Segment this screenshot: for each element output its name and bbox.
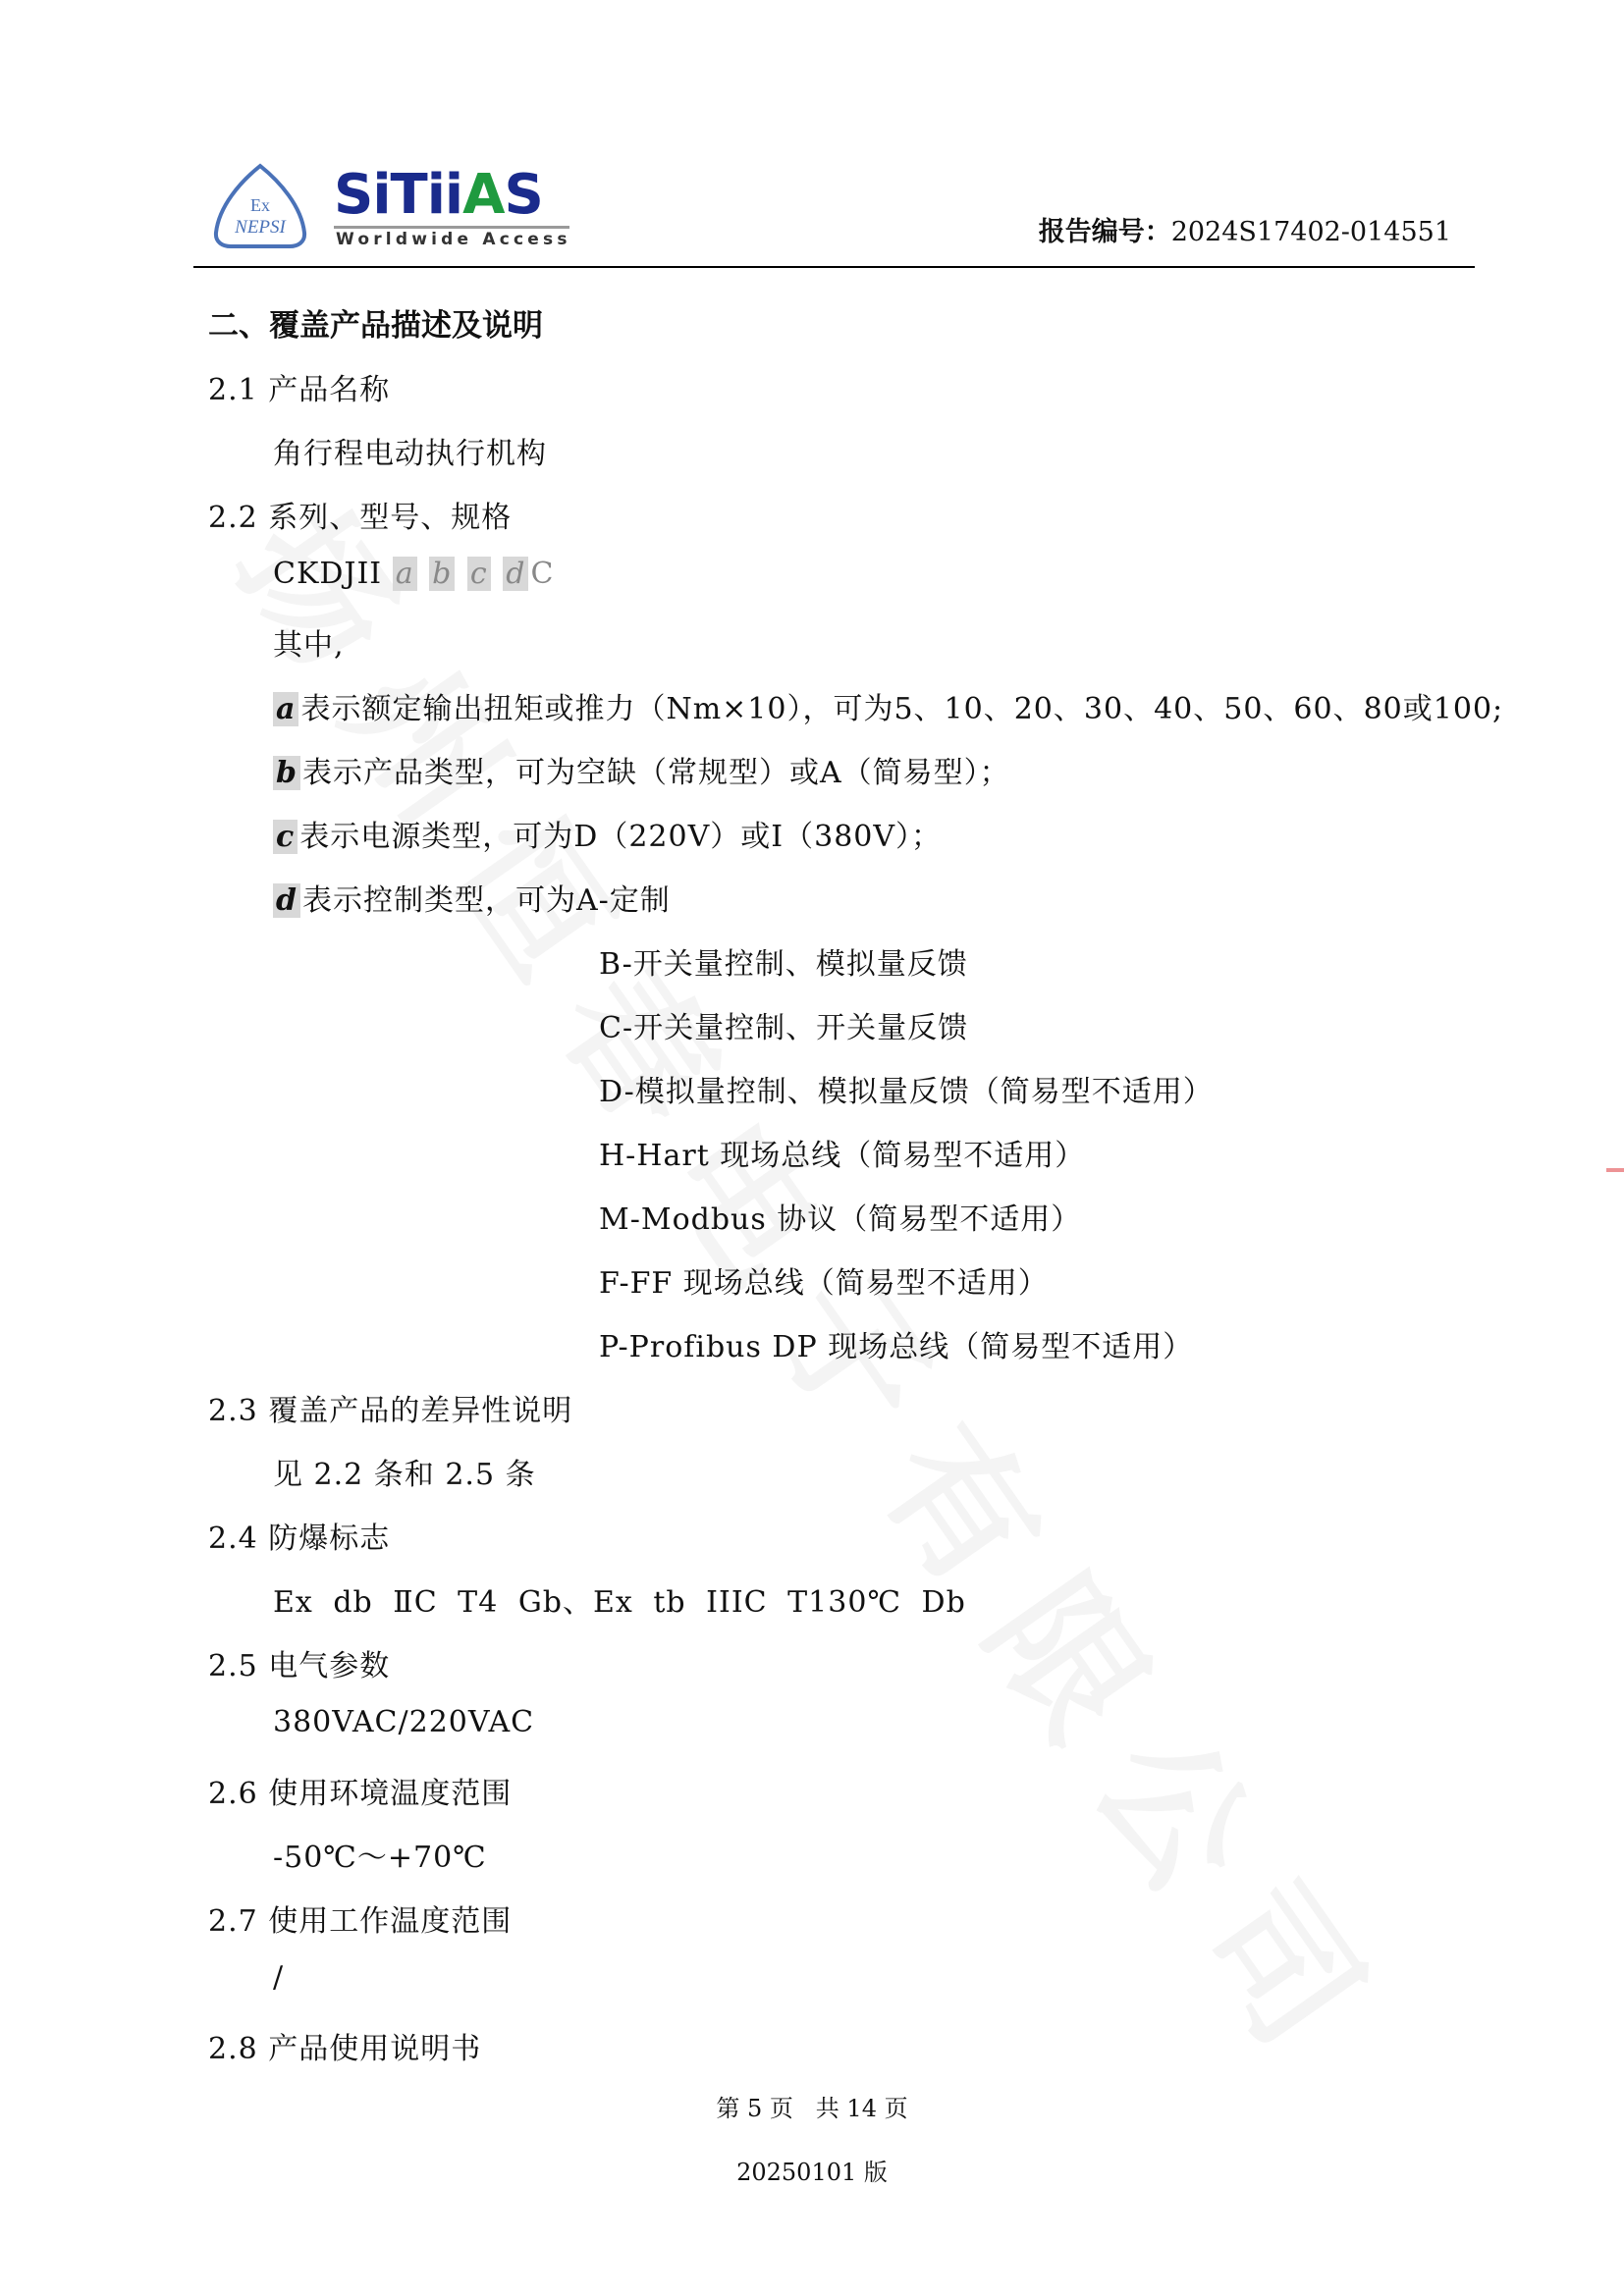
def-c: c表示电源类型，可为D（220V）或I（380V）； [273,812,942,855]
electrical-params: 380VAC/220VAC [273,1705,534,1739]
control-type-p: P-Profibus DP 现场总线（简易型不适用） [599,1322,1193,1365]
control-type-m: M-Modbus 协议（简易型不适用） [599,1195,1081,1238]
nepsi-logo: Ex NEPSI [211,162,309,250]
section-2-8-title: 2.8 产品使用说明书 [208,2024,481,2067]
section-2-6-title: 2.6 使用环境温度范围 [208,1769,512,1812]
def-a-text: 表示额定输出扭矩或推力（Nm×10），可为5、10、20、30、40、50、60… [300,692,1503,726]
section-2-2-title: 2.2 系列、型号、规格 [208,493,512,536]
var-d: d [273,883,300,918]
version: 20250101 版 [0,2153,1624,2187]
def-a: a表示额定输出扭矩或推力（Nm×10），可为5、10、20、30、40、50、6… [273,684,1503,727]
control-type-f: F-FF 现场总线（简易型不适用） [599,1258,1049,1302]
model-intro: 其中, [273,620,345,664]
working-temp-range: / [273,1960,284,1995]
ambient-temp-range: -50℃～+70℃ [273,1833,487,1876]
page-info: 第 5 页 共 14 页 [0,2089,1624,2123]
difference-note: 见 2.2 条和 2.5 条 [273,1450,536,1493]
section-2-5-title: 2.5 电气参数 [208,1641,390,1684]
var-c: c [273,820,298,854]
var-b: b [273,756,300,790]
product-name: 角行程电动执行机构 [273,429,547,472]
model-var-c: c [467,557,491,591]
model-var-d: d [503,557,528,591]
control-type-b: B-开关量控制、模拟量反馈 [599,939,968,983]
model-code: CKDJII a b c dC [273,557,554,591]
def-b: b表示产品类型，可为空缺（常规型）或A（简易型）； [273,748,1010,791]
def-c-text: 表示电源类型，可为D（220V）或I（380V）； [299,820,942,854]
def-d-text: 表示控制类型，可为A-定制 [302,883,671,918]
section-2-7-title: 2.7 使用工作温度范围 [208,1896,512,1940]
control-type-h: H-Hart 现场总线（简易型不适用） [599,1131,1085,1174]
model-prefix: CKDJII [273,557,382,591]
ex-marking: Ex db ⅡC T4 Gb、Ex tb IIIC T130℃ Db [273,1577,966,1621]
header-divider [193,266,1475,268]
logo-tagline: Worldwide Access [336,230,571,249]
svg-text:NEPSI: NEPSI [234,217,287,238]
seal-stamp-fragment [1600,1168,1624,1433]
logo-divider [334,226,569,229]
def-d: d表示控制类型，可为A-定制 [273,876,671,919]
section-2-4-title: 2.4 防爆标志 [208,1514,390,1557]
report-number: 报告编号：2024S17402-014551 [1039,210,1451,248]
def-b-text: 表示产品类型，可为空缺（常规型）或A（简易型）； [302,756,1010,790]
sitiias-logo: SiTiiAS Worldwide Access [334,165,574,253]
control-type-d: D-模拟量控制、模拟量反馈（简易型不适用） [599,1067,1214,1110]
sitiias-wordmark: SiTiiAS [334,165,543,226]
control-type-c: C-开关量控制、开关量反馈 [599,1003,968,1046]
var-a: a [273,692,298,726]
section-2-3-title: 2.3 覆盖产品的差异性说明 [208,1386,572,1429]
svg-text:Ex: Ex [250,195,270,215]
model-suffix: C [530,557,554,591]
model-var-a: a [393,557,417,591]
model-var-b: b [429,557,455,591]
section-2-1-title: 2.1 产品名称 [208,365,390,408]
section-title: 二、覆盖产品描述及说明 [208,300,543,345]
